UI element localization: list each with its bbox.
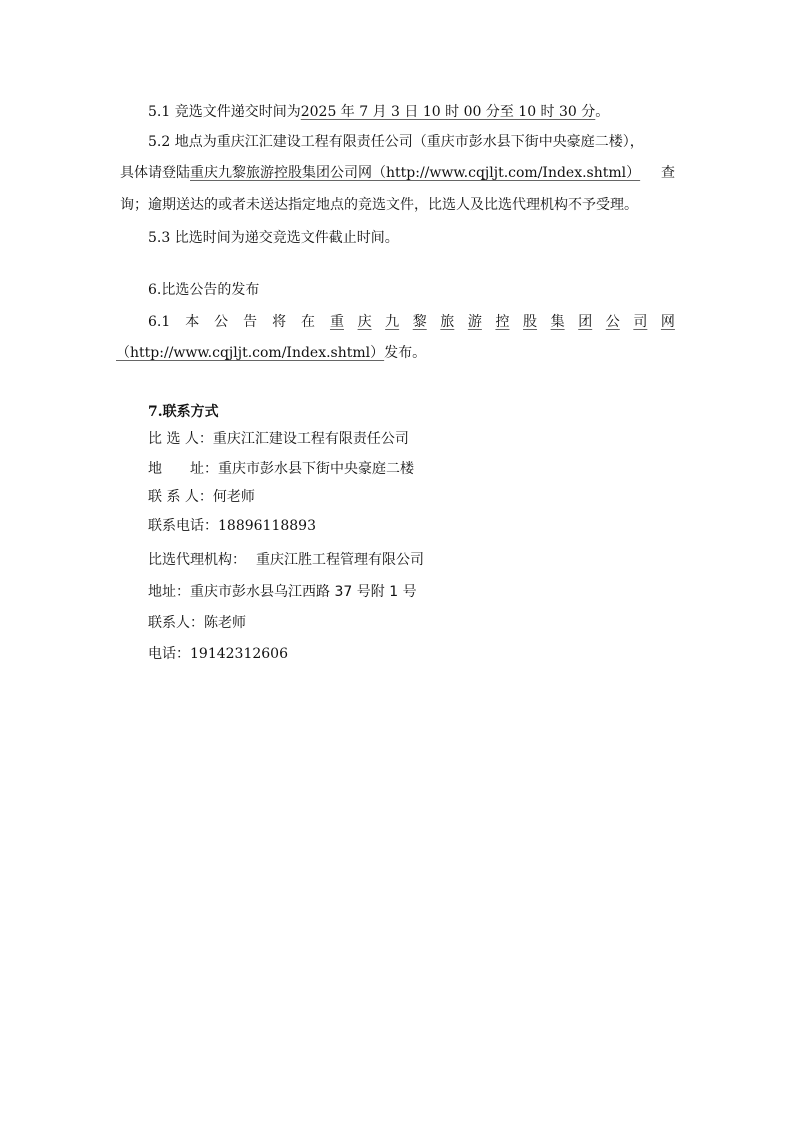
bidder-contact-row: 联 系 人：何老师 — [148, 488, 255, 506]
word: 公 — [214, 313, 228, 331]
char: 股 — [523, 313, 537, 331]
query-text: 查 — [661, 164, 675, 182]
submission-time-value: 2025 年 7 月 3 日 10 时 00 分至 10 时 30 分 — [301, 104, 596, 120]
agent-address-number: 37 — [334, 584, 352, 600]
clause-number: 6.1 — [148, 313, 170, 331]
agent-contact-label: 联系人： — [148, 615, 204, 631]
char: 九 — [385, 313, 399, 331]
char: 网 — [661, 313, 675, 331]
bidder-name-row: 比 选 人：重庆江汇建设工程有限责任公司 — [148, 430, 409, 448]
agent-phone-label: 电话： — [148, 646, 190, 662]
login-text: 具体请登陆 — [120, 165, 190, 181]
char: 司 — [633, 313, 647, 331]
word: 在 — [301, 313, 315, 331]
char: 公 — [606, 313, 620, 331]
bidder-phone-value: 18896118893 — [218, 518, 316, 534]
submission-time-label: 5.1 竞选文件递交时间为 — [148, 104, 301, 120]
agent-phone-row: 电话：19142312606 — [148, 645, 288, 663]
bidder-address-value: 重庆市彭水县下街中央豪庭二楼 — [218, 461, 414, 477]
bidder-phone-row: 联系电话：18896118893 — [148, 517, 316, 535]
bidder-name-label: 比 选 人： — [148, 431, 213, 447]
char: 旅 — [440, 313, 454, 331]
paragraph-5-2-line1: 5.2 地点为重庆江汇建设工程有限责任公司（重庆市彭水县下街中央豪庭二楼）， — [148, 133, 644, 151]
char: 庆 — [358, 313, 372, 331]
agent-address-suffix: 号 — [403, 584, 417, 600]
paragraph-5-1: 5.1 竞选文件递交时间为2025 年 7 月 3 日 10 时 00 分至 1… — [148, 103, 609, 121]
agent-address-annex: 号附 — [357, 584, 385, 600]
line2-prefix-group: 具体请登陆重庆九黎旅游控股集团公司网（http://www.cqjljt.com… — [120, 164, 640, 182]
bidder-address-label: 地 址： — [148, 461, 218, 477]
bidder-phone-label: 联系电话： — [148, 518, 218, 534]
char: 重 — [330, 313, 344, 331]
char: 控 — [495, 313, 509, 331]
char: 团 — [578, 313, 592, 331]
paragraph-5-2-line2: 具体请登陆重庆九黎旅游控股集团公司网（http://www.cqjljt.com… — [120, 164, 675, 182]
website-url-link[interactable]: （http://www.cqjljt.com/Index.shtml） — [116, 345, 384, 361]
agent-contact-row: 联系人：陈老师 — [148, 614, 246, 632]
char: 游 — [468, 313, 482, 331]
agent-address-street: 重庆市彭水县乌江西路 — [190, 584, 330, 600]
bidder-contact-value: 何老师 — [213, 489, 255, 505]
website-name-link[interactable]: 重 庆 九 黎 旅 游 控 股 集 团 公 司 网 — [330, 313, 675, 331]
bidder-address-row: 地 址：重庆市彭水县下街中央豪庭二楼 — [148, 460, 414, 478]
section-6-heading: 6.比选公告的发布 — [148, 281, 259, 299]
agent-name-value: 重庆江胜工程管理有限公司 — [256, 552, 424, 568]
publish-text: 发布。 — [384, 345, 426, 361]
bidder-name-value: 重庆江汇建设工程有限责任公司 — [213, 431, 409, 447]
agent-address-annex-number: 1 — [389, 584, 398, 600]
agent-name-label: 比选代理机构： — [148, 552, 246, 568]
char: 集 — [551, 313, 565, 331]
word: 告 — [243, 313, 257, 331]
agent-phone-value: 19142312606 — [190, 646, 288, 662]
punctuation: 。 — [595, 104, 609, 120]
char: 黎 — [413, 313, 427, 331]
section-7-heading: 7.联系方式 — [148, 403, 219, 421]
website-link[interactable]: 重庆九黎旅游控股集团公司网（http://www.cqjljt.com/Inde… — [190, 165, 640, 181]
agent-name-row: 比选代理机构：重庆江胜工程管理有限公司 — [148, 551, 424, 569]
paragraph-6-1-line1: 6.1 本 公 告 将 在 重 庆 九 黎 旅 游 控 股 集 团 公 司 网 — [148, 313, 675, 331]
bidder-contact-label: 联 系 人： — [148, 489, 213, 505]
paragraph-5-3: 5.3 比选时间为递交竞选文件截止时间。 — [148, 229, 399, 247]
agent-address-label: 地址： — [148, 584, 190, 600]
word: 将 — [272, 313, 286, 331]
word: 本 — [185, 313, 199, 331]
paragraph-5-2-line3: 询；逾期送达的或者未送达指定地点的竞选文件，比选人及比选代理机构不予受理。 — [120, 196, 638, 214]
agent-contact-value: 陈老师 — [204, 615, 246, 631]
paragraph-6-1-line2: （http://www.cqjljt.com/Index.shtml）发布。 — [116, 344, 426, 362]
agent-address-row: 地址：重庆市彭水县乌江西路 37 号附 1 号 — [148, 583, 417, 601]
